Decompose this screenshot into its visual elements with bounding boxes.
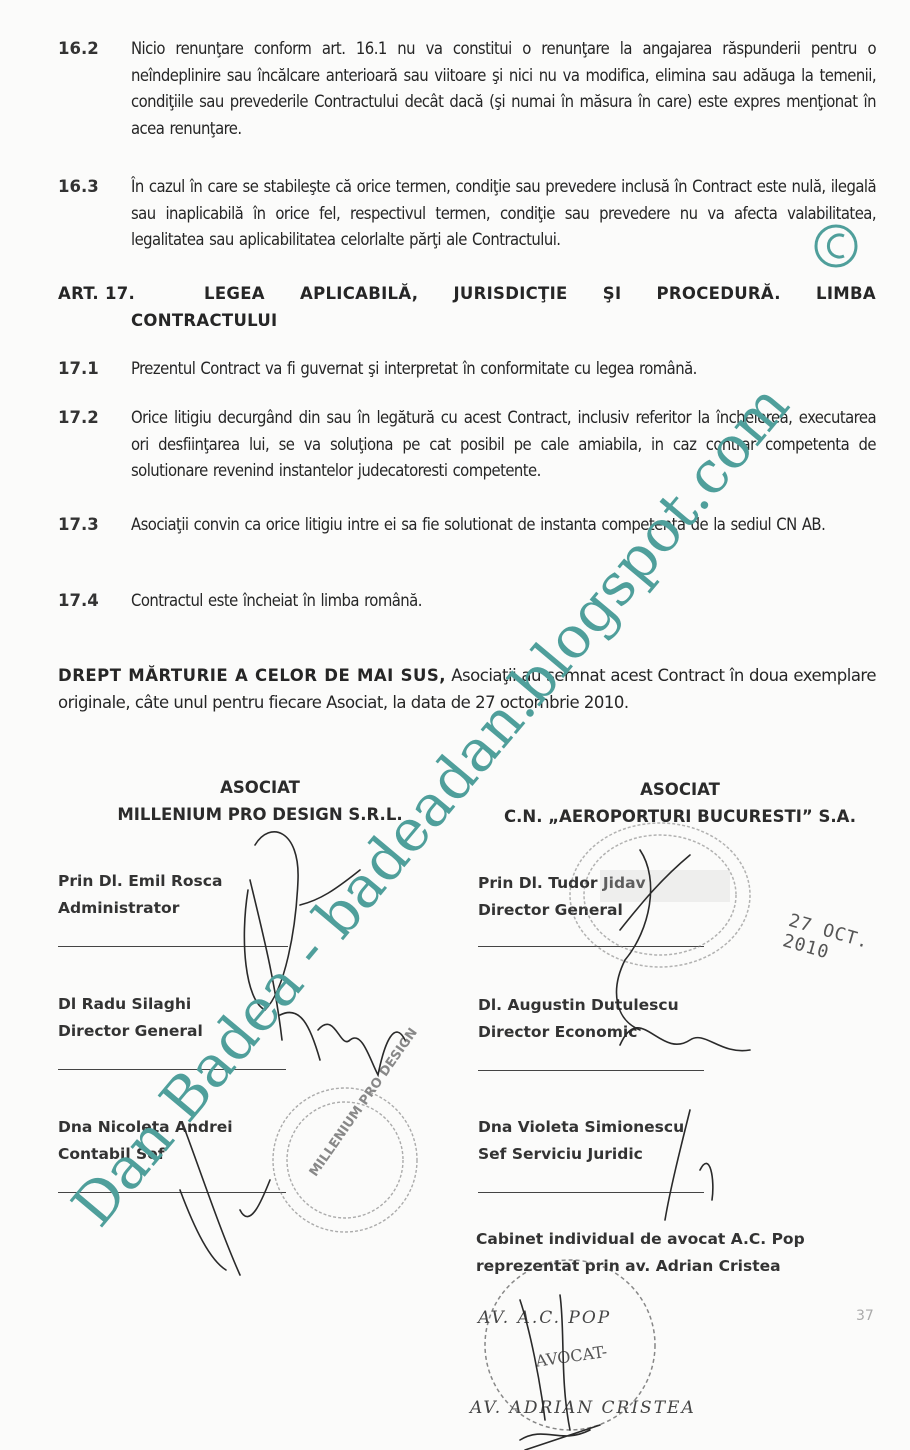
signer-right-2: Dl. Augustin Dutulescu Director Economic (478, 992, 679, 1046)
handwritten-lawyer-1: AV. A.C. POP (478, 1308, 611, 1328)
clause-text: Prezentul Contract va fi guvernat şi int… (131, 356, 876, 383)
article-number: ART. 17. (58, 280, 135, 307)
lawyer-block: Cabinet individual de avocat A.C. Pop re… (476, 1226, 805, 1280)
signer-name: Dna Nicoleta Andrei (58, 1114, 233, 1141)
article-title-line1: LEGEA APLICABILĂ, JURISDICŢIE ŞI PROCEDU… (204, 280, 876, 307)
party-name: C.N. „AEROPORTURI BUCURESTI” S.A. (470, 803, 890, 830)
clause-16-3: 16.3 În cazul în care se stabileşte că o… (58, 174, 876, 254)
signer-role: Director General (478, 897, 646, 924)
party-left-header: ASOCIAT MILLENIUM PRO DESIGN S.R.L. (90, 774, 430, 828)
signature-line (478, 946, 704, 947)
signer-role: Administrator (58, 895, 222, 922)
witness-lead: DREPT MĂRTURIE A CELOR DE MAI SUS, (58, 666, 446, 685)
clause-17-4: 17.4 Contractul este încheiat în limba r… (58, 588, 876, 615)
signer-left-3: Dna Nicoleta Andrei Contabil Sef (58, 1114, 233, 1168)
signer-left-2: Dl Radu Silaghi Director General (58, 991, 203, 1045)
clause-text: Nicio renunţare conform art. 16.1 nu va … (131, 36, 876, 142)
clause-number: 17.4 (58, 588, 118, 615)
article-title-line2: CONTRACTULUI (131, 307, 876, 334)
signer-name: Dl Radu Silaghi (58, 991, 203, 1018)
signer-role: Sef Serviciu Juridic (478, 1141, 684, 1168)
clause-number: 17.3 (58, 512, 118, 539)
contract-page: 16.2 Nicio renunţare conform art. 16.1 n… (0, 0, 910, 1450)
clause-number: 17.1 (58, 356, 118, 383)
lawyer-office: Cabinet individual de avocat A.C. Pop (476, 1226, 805, 1253)
signer-name: Prin Dl. Tudor Jidav (478, 870, 646, 897)
clause-number: 16.2 (58, 36, 118, 63)
signer-role: Director Economic (478, 1019, 679, 1046)
clause-number: 17.2 (58, 405, 118, 432)
signer-name: Dna Violeta Simionescu (478, 1114, 684, 1141)
page-number: 37 (856, 1308, 874, 1324)
signer-name: Prin Dl. Emil Rosca (58, 868, 222, 895)
title-word: JURISDICŢIE (453, 280, 567, 307)
clause-number: 16.3 (58, 174, 118, 201)
witness-clause: DREPT MĂRTURIE A CELOR DE MAI SUS, Asoci… (58, 662, 876, 716)
title-word: ŞI (603, 280, 622, 307)
signer-left-1: Prin Dl. Emil Rosca Administrator (58, 868, 222, 922)
party-right-header: ASOCIAT C.N. „AEROPORTURI BUCURESTI” S.A… (470, 776, 890, 830)
signer-role: Contabil Sef (58, 1141, 233, 1168)
signature-line (478, 1070, 704, 1071)
clause-text: Contractul este încheiat în limba română… (131, 588, 876, 615)
party-label: ASOCIAT (470, 776, 890, 803)
title-word: LEGEA (204, 280, 265, 307)
handwritten-lawyer-2: AV. ADRIAN CRISTEA (470, 1398, 696, 1418)
clause-text: Asociaţii convin ca orice litigiu intre … (131, 512, 876, 539)
signature-line (58, 946, 288, 947)
title-word: LIMBA (816, 280, 876, 307)
signer-name: Dl. Augustin Dutulescu (478, 992, 679, 1019)
clause-text: În cazul în care se stabileşte că orice … (131, 174, 876, 254)
date-stamp: 27 OCT. 2010 (780, 910, 905, 983)
signature-line (58, 1192, 286, 1193)
signature-line (478, 1192, 704, 1193)
signer-right-1: Prin Dl. Tudor Jidav Director General (478, 870, 646, 924)
clause-16-2: 16.2 Nicio renunţare conform art. 16.1 n… (58, 36, 876, 142)
title-word: PROCEDURĂ. (657, 280, 781, 307)
millenium-stamp (273, 1088, 417, 1232)
clause-17-3: 17.3 Asociaţii convin ca orice litigiu i… (58, 512, 876, 539)
signature-line (58, 1069, 286, 1070)
article-17-heading: ART. 17. LEGEA APLICABILĂ, JURISDICŢIE Ş… (58, 280, 876, 334)
signer-role: Director General (58, 1018, 203, 1045)
party-label: ASOCIAT (90, 774, 430, 801)
lawyer-stamp-label: AVOCAT- (533, 1342, 608, 1371)
millenium-stamp-label: MILLENIUM PRO DESIGN (307, 1025, 421, 1179)
signer-right-3: Dna Violeta Simionescu Sef Serviciu Juri… (478, 1114, 684, 1168)
title-word: APLICABILĂ, (300, 280, 418, 307)
party-name: MILLENIUM PRO DESIGN S.R.L. (90, 801, 430, 828)
lawyer-representative: reprezentat prin av. Adrian Cristea (476, 1253, 805, 1280)
clause-17-2: 17.2 Orice litigiu decurgând din sau în … (58, 405, 876, 485)
clause-17-1: 17.1 Prezentul Contract va fi guvernat ş… (58, 356, 876, 383)
clause-text: Orice litigiu decurgând din sau în legăt… (131, 405, 876, 485)
